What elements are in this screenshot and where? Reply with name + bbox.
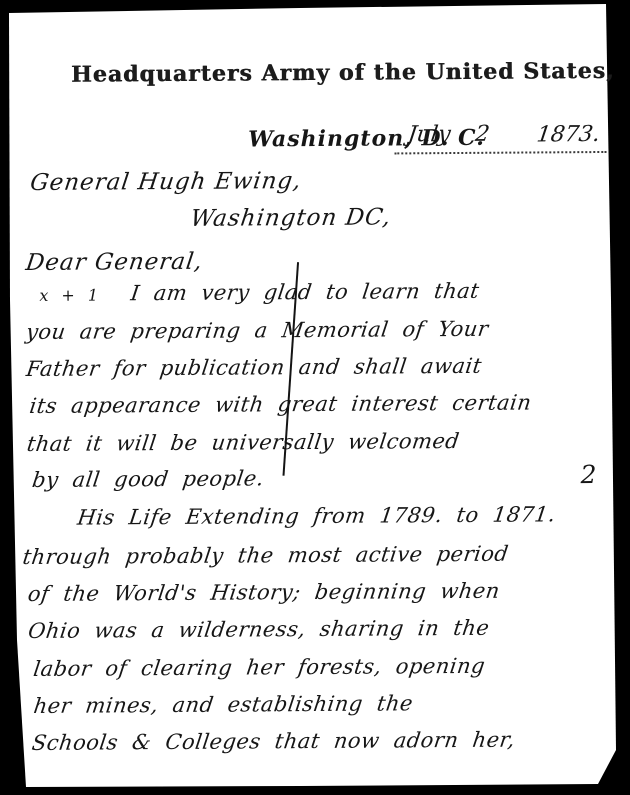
recipient-address-line: Washington DC, xyxy=(189,204,393,231)
salutation-line: Dear General, xyxy=(24,249,204,276)
body-line: labor of clearing her forests, opening xyxy=(32,654,487,681)
body-line: through probably the most active period xyxy=(21,542,510,569)
body-line: its appearance with great interest certa… xyxy=(28,390,533,418)
dateline-year: 1873. xyxy=(535,122,601,147)
body-line: I am very glad to learn that xyxy=(129,279,481,305)
page-number-annotation: 2 xyxy=(580,460,596,489)
margin-marks: x + 1 xyxy=(39,285,102,304)
body-line: of the World's History; beginning when xyxy=(26,579,501,606)
scanned-letter: Headquarters Army of the United States, … xyxy=(0,0,630,795)
letter-content: Headquarters Army of the United States, … xyxy=(0,0,630,795)
body-line: by all good people. xyxy=(31,466,266,492)
dateline-day: July 2 xyxy=(406,122,491,148)
body-line: Father for publication and shall await xyxy=(25,354,483,381)
fill-in-dotted-line xyxy=(394,151,606,154)
letterhead-text: Headquarters Army of the United States, xyxy=(71,58,615,88)
body-line: you are preparing a Memorial of Your xyxy=(25,317,491,344)
recipient-name-line: General Hugh Ewing, xyxy=(29,168,304,196)
body-line: Ohio was a wilderness, sharing in the xyxy=(27,616,491,643)
body-line: that it will be universally welcomed xyxy=(25,429,461,456)
body-line: His Life Extending from 1789. to 1871. xyxy=(76,502,557,529)
body-line: her mines, and establishing the xyxy=(32,691,414,718)
body-line: Schools & Colleges that now adorn her, xyxy=(30,728,516,755)
